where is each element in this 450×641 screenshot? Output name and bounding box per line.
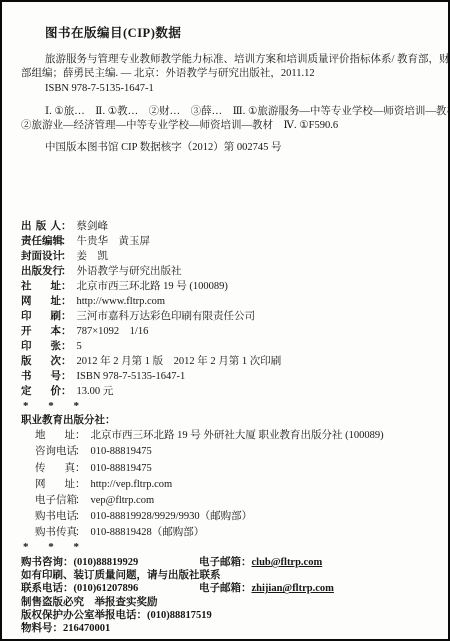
description-line: 部组编；薛勇民主编. — 北京：外语教学与研究出版社，2011.12 [21, 67, 434, 81]
info-row-website: 网址：http://www.fltrp.com [21, 294, 434, 309]
row-value: 5 [77, 341, 82, 352]
notice-line-antipiracy: 制售盗版必究 举报查实奖励 [21, 596, 434, 609]
row-colon: ： [75, 527, 86, 538]
row-label: 咨询电话 [35, 444, 75, 460]
row-value: 三河市嘉科万达彩色印刷有限责任公司 [77, 311, 256, 322]
notice-line-material-number: 物料号：216470001 [21, 622, 434, 635]
row-value: 北京市西三环北路 19 号 (100089) [77, 281, 228, 292]
row-colon: ： [61, 281, 72, 292]
branch-info-block: 地址：北京市西三环北路 19 号 外研社大厦 职业教育出版分社 (100089)… [21, 428, 434, 541]
branch-row-order-fax: 购书传真：010-88819428（邮购部） [21, 525, 434, 541]
email-address: club@fltrp.com [252, 557, 323, 568]
row-colon: ： [75, 463, 86, 474]
row-value: vep@fltrp.com [91, 495, 155, 506]
email-address: zhijian@fltrp.com [252, 583, 334, 594]
row-value: 010-88819475 [91, 463, 152, 474]
row-label: 开本 [21, 324, 61, 339]
row-colon: ： [61, 386, 72, 397]
row-colon: ： [75, 495, 86, 506]
row-value: 牛贵华 黄玉屏 [77, 236, 151, 247]
row-colon: ： [75, 479, 86, 490]
row-value: 010-88819928/9929/9930（邮购部） [91, 511, 253, 522]
asterisk-separator: * * * [23, 541, 434, 553]
description-line: 旅游服务与管理专业教师教学能力标准、培训方案和培训质量评价指标体系/ 教育部，财… [21, 53, 434, 67]
branch-row-fax: 传真：010-88819475 [21, 461, 434, 477]
cip-description: 旅游服务与管理专业教师教学能力标准、培训方案和培训质量评价指标体系/ 教育部，财… [21, 53, 434, 96]
asterisk-separator: * * * [23, 400, 434, 412]
row-label: 出版人 [21, 219, 61, 234]
branch-title: 职业教育出版分社： [21, 414, 434, 428]
row-label: 电子信箱 [35, 493, 75, 509]
row-value: 010-88819475 [91, 446, 152, 457]
row-colon: ： [75, 511, 86, 522]
book-cip-page: 图书在版编目(CIP)数据 旅游服务与管理专业教师教学能力标准、培训方案和培训质… [0, 0, 450, 641]
branch-row-email: 电子信箱：vep@fltrp.com [21, 493, 434, 509]
row-value: 13.00 元 [77, 386, 114, 397]
info-row-cover-design: 封面设计：姜 凯 [21, 249, 434, 264]
email-label: 电子邮箱： [199, 557, 252, 568]
row-colon: ： [75, 430, 86, 441]
branch-row-order-phone: 购书电话：010-88819928/9929/9930（邮购部） [21, 509, 434, 525]
row-colon: ： [61, 371, 72, 382]
notice-line-quality: 如有印刷、装订质量问题，请与出版社联系 [21, 569, 434, 582]
row-label: 传真 [35, 461, 75, 477]
row-colon: ： [61, 311, 72, 322]
page-content: 图书在版编目(CIP)数据 旅游服务与管理专业教师教学能力标准、培训方案和培训质… [2, 2, 448, 635]
notice-line-copyright-office: 版权保护办公室举报电话：(010)88817519 [21, 609, 434, 622]
row-label: 封面设计 [21, 249, 61, 264]
email-label: 电子邮箱： [199, 583, 252, 594]
row-label: 责任编辑 [21, 234, 61, 249]
row-label: 网址 [35, 477, 75, 493]
info-row-isbn: 书号：ISBN 978-7-5135-1647-1 [21, 369, 434, 384]
notice-line-contact: 联系电话：(010)61207896电子邮箱：zhijian@fltrp.com [21, 582, 434, 595]
info-row-editor: 责任编辑：牛贵华 黄玉屏 [21, 234, 434, 249]
row-value: 010-88819428（邮购部） [91, 527, 205, 538]
row-label: 社址 [21, 279, 61, 294]
row-label: 地址 [35, 428, 75, 444]
row-colon: ： [61, 251, 72, 262]
info-row-publishing-house: 出版发行：外语教学与研究出版社 [21, 264, 434, 279]
row-label: 印张 [21, 339, 61, 354]
row-label: 定价 [21, 384, 61, 399]
row-value: http://vep.fltrp.com [91, 479, 173, 490]
row-value: 787×1092 1/16 [77, 326, 149, 337]
branch-row-address: 地址：北京市西三环北路 19 号 外研社大厦 职业教育出版分社 (100089) [21, 428, 434, 444]
row-colon: ： [61, 266, 72, 277]
info-row-address: 社址：北京市西三环北路 19 号 (100089) [21, 279, 434, 294]
publisher-info-block: 出版人：蔡剑峰 责任编辑：牛贵华 黄玉屏 封面设计：姜 凯 出版发行：外语教学与… [21, 219, 434, 400]
row-label: 购书传真 [35, 525, 75, 541]
branch-row-inquiry-phone: 咨询电话：010-88819475 [21, 444, 434, 460]
row-label: 网址 [21, 294, 61, 309]
notice-line-order-inquiry: 购书咨询：(010)88819929电子邮箱：club@fltrp.com [21, 556, 434, 569]
row-colon: ： [61, 221, 72, 232]
row-label: 书号 [21, 369, 61, 384]
isbn-line: ISBN 978-7-5135-1647-1 [21, 82, 434, 96]
row-label: 印刷 [21, 309, 61, 324]
info-row-publisher: 出版人：蔡剑峰 [21, 219, 434, 234]
info-row-edition: 版次：2012 年 2 月第 1 版 2012 年 2 月第 1 次印刷 [21, 354, 434, 369]
row-label: 出版发行 [21, 264, 61, 279]
row-value: 外语教学与研究出版社 [77, 266, 182, 277]
row-colon: ： [61, 296, 72, 307]
row-value: 蔡剑峰 [77, 221, 109, 232]
row-value: 姜 凯 [77, 251, 109, 262]
row-value: 北京市西三环北路 19 号 外研社大厦 职业教育出版分社 (100089) [91, 430, 384, 441]
row-value: ISBN 978-7-5135-1647-1 [77, 371, 186, 382]
row-value: http://www.fltrp.com [77, 296, 166, 307]
service-notice-block: 购书咨询：(010)88819929电子邮箱：club@fltrp.com 如有… [21, 556, 434, 635]
row-value: 2012 年 2 月第 1 版 2012 年 2 月第 1 次印刷 [77, 356, 282, 367]
cip-record-number: 中国版本图书馆 CIP 数据核字（2012）第 002745 号 [21, 141, 434, 155]
row-colon: ： [61, 326, 72, 337]
classification-line: ②旅游业—经济管理—中等专业学校—师资培训—教材 Ⅳ. ①F590.6 [21, 119, 434, 133]
row-label: 购书电话 [35, 509, 75, 525]
cip-classification: Ⅰ. ①旅… Ⅱ. ①教… ②财… ③薛… Ⅲ. ①旅游服务—中等专业学校—师资… [21, 105, 434, 134]
row-colon: ： [75, 446, 86, 457]
row-label: 版次 [21, 354, 61, 369]
info-row-printer: 印刷：三河市嘉科万达彩色印刷有限责任公司 [21, 309, 434, 324]
info-row-price: 定价：13.00 元 [21, 384, 434, 399]
info-row-format: 开本：787×1092 1/16 [21, 324, 434, 339]
row-colon: ： [61, 356, 72, 367]
classification-line: Ⅰ. ①旅… Ⅱ. ①教… ②财… ③薛… Ⅲ. ①旅游服务—中等专业学校—师资… [21, 105, 434, 119]
info-row-sheets: 印张：5 [21, 339, 434, 354]
row-colon: ： [61, 236, 72, 247]
cip-title: 图书在版编目(CIP)数据 [45, 23, 434, 41]
branch-row-website: 网址：http://vep.fltrp.com [21, 477, 434, 493]
row-colon: ： [61, 341, 72, 352]
